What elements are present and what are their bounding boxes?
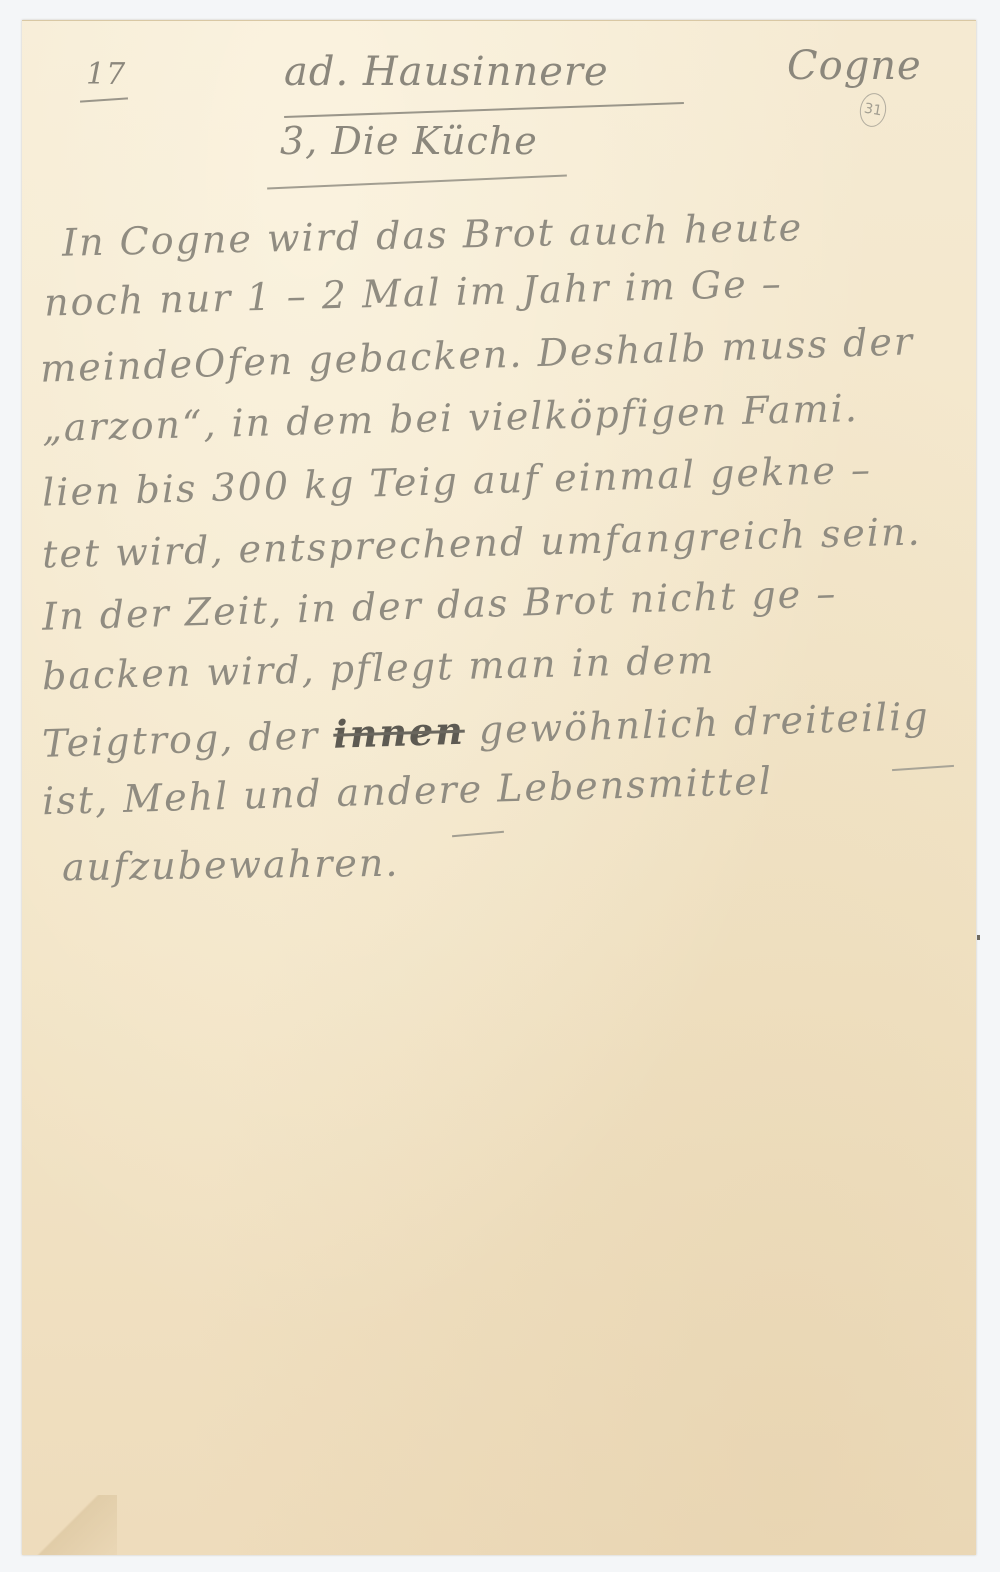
margin-mark — [977, 935, 980, 940]
closing-dash — [452, 831, 504, 838]
heading-underline — [284, 102, 684, 118]
text-line: ist, Mehl und andere Lebensmittel — [42, 759, 774, 823]
folded-corner — [22, 1495, 117, 1555]
text-segment: gewöhnlich dreiteilig — [464, 694, 930, 753]
text-line: backen wird, pflegt man in dem — [42, 638, 716, 698]
subsection-heading: 3, Die Küche — [280, 119, 538, 163]
text-line: lien bis 300 kg Teig auf einmal gekne – — [42, 447, 873, 514]
text-line: meindeOfen gebacken. Deshalb muss der — [40, 319, 915, 390]
text-line-with-correction: Teigtrog, der innen gewöhnlich dreiteili… — [42, 693, 931, 766]
text-line: In der Zeit, in der das Brot nicht ge – — [42, 571, 838, 639]
place-name: Cogne — [787, 43, 922, 89]
text-line: In Cogne wird das Brot auch heute — [62, 205, 804, 265]
circled-archive-number: 31 — [857, 91, 889, 129]
text-segment: Teigtrog, der — [42, 713, 334, 766]
text-line: „arzon“, in dem bei vielköpfigen Fami. — [42, 386, 860, 450]
manuscript-page: 17 ad. Hausinnere 3, Die Küche Cogne 31 … — [22, 20, 976, 1555]
folio-number: 17 — [86, 57, 126, 92]
struck-word: innen — [333, 708, 466, 757]
folio-underline — [80, 97, 128, 102]
text-line: noch nur 1 – 2 Mal im Jahr im Ge – — [44, 261, 784, 324]
text-line: aufzubewahren. — [62, 841, 400, 890]
text-line: tet wird, entsprechend umfangreich sein. — [42, 509, 922, 576]
section-heading: ad. Hausinnere — [284, 49, 609, 95]
subheading-underline — [267, 174, 567, 189]
line-end-stroke — [892, 765, 954, 771]
